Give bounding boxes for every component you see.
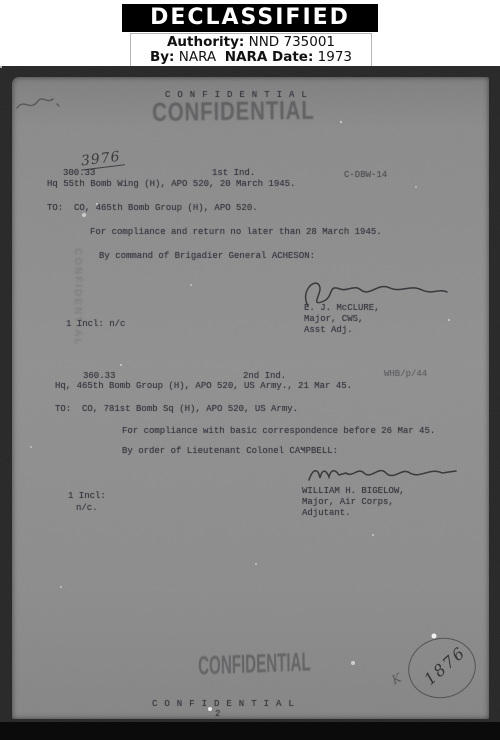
confidential-typed-bottom: C O N F I D E N T I A L <box>152 699 295 710</box>
oval-receipt-stamp: 1876 <box>402 631 482 706</box>
enclosure-line2-a: 1 Incl: <box>68 491 106 502</box>
confidential-vertical-faint: CONFIDENTIAL <box>72 248 83 346</box>
signer-name-2: WILLIAM H. BIGELOW, <box>302 486 405 497</box>
body-line-1: For compliance and return no later than … <box>90 227 382 238</box>
nara-date-value: 1973 <box>313 49 352 65</box>
handwritten-checkmark <box>14 88 76 118</box>
command-line-1: By command of Brigadier General ACHESON: <box>99 251 315 262</box>
signer-title-1: Asst Adj. <box>304 325 353 336</box>
to-line-2: TO: CO, 781st Bomb Sq (H), APO 520, US A… <box>55 404 298 415</box>
signer-rank-1: Major, CWS, <box>304 314 363 325</box>
reference-2: WHB/p/44 <box>384 369 427 380</box>
by-label: By: <box>150 49 175 65</box>
scanned-document-screenshot: DECLASSIFIED Authority: NND 735001 By: N… <box>0 0 500 740</box>
nara-date-label: NARA Date: <box>225 49 314 65</box>
to-line-1: TO: CO, 465th Bomb Group (H), APO 520. <box>47 203 258 214</box>
from-line-2: Hq, 465th Bomb Group (H), APO 520, US Ar… <box>55 381 352 392</box>
handwritten-stamp-number: 1876 <box>420 643 469 689</box>
enclosure-line2-b: n/c. <box>76 503 98 514</box>
enclosure-line-1: 1 Incl: n/c <box>66 319 125 330</box>
dust-specks <box>0 66 2 68</box>
authority-value: NND 735001 <box>244 34 335 50</box>
declassified-banner: DECLASSIFIED <box>122 4 378 32</box>
page-number: 2 <box>215 709 220 720</box>
authority-line: Authority: NND 735001 <box>131 35 371 50</box>
scan-bottom-border <box>0 722 500 740</box>
by-date-line: By: NARA NARA Date: 1973 <box>131 50 371 65</box>
authority-label: Authority: <box>167 34 244 50</box>
file-number-1: 300.33 <box>63 168 95 179</box>
document-page: C O N F I D E N T I A L CONFIDENTIAL 397… <box>12 77 489 719</box>
by-value: NARA <box>174 49 224 65</box>
scan-background: C O N F I D E N T I A L CONFIDENTIAL 397… <box>0 66 500 740</box>
reference-1: C-DBW-14 <box>344 170 387 181</box>
bigelow-signature <box>305 458 460 488</box>
signer-title-2: Adjutant. <box>302 508 351 519</box>
confidential-stamp-bottom: CONFIDENTIAL <box>198 648 311 682</box>
declassification-details-box: Authority: NND 735001 By: NARA NARA Date… <box>130 33 372 68</box>
signer-name-1: E. J. McCLURE, <box>304 303 380 314</box>
declassification-header: DECLASSIFIED Authority: NND 735001 By: N… <box>0 0 500 66</box>
signer-rank-2: Major, Air Corps, <box>302 497 394 508</box>
confidential-stamp-top: CONFIDENTIAL <box>152 96 315 129</box>
body-line-2: For compliance with basic correspondence… <box>122 426 435 437</box>
handwritten-k-mark: K <box>389 671 403 687</box>
from-line-1: Hq 55th Bomb Wing (H), APO 520, 20 March… <box>47 179 295 190</box>
indorsement-label-1: 1st Ind. <box>212 168 255 179</box>
command-line-2: By order of Lieutenant Colonel CAMPBELL: <box>122 446 338 457</box>
